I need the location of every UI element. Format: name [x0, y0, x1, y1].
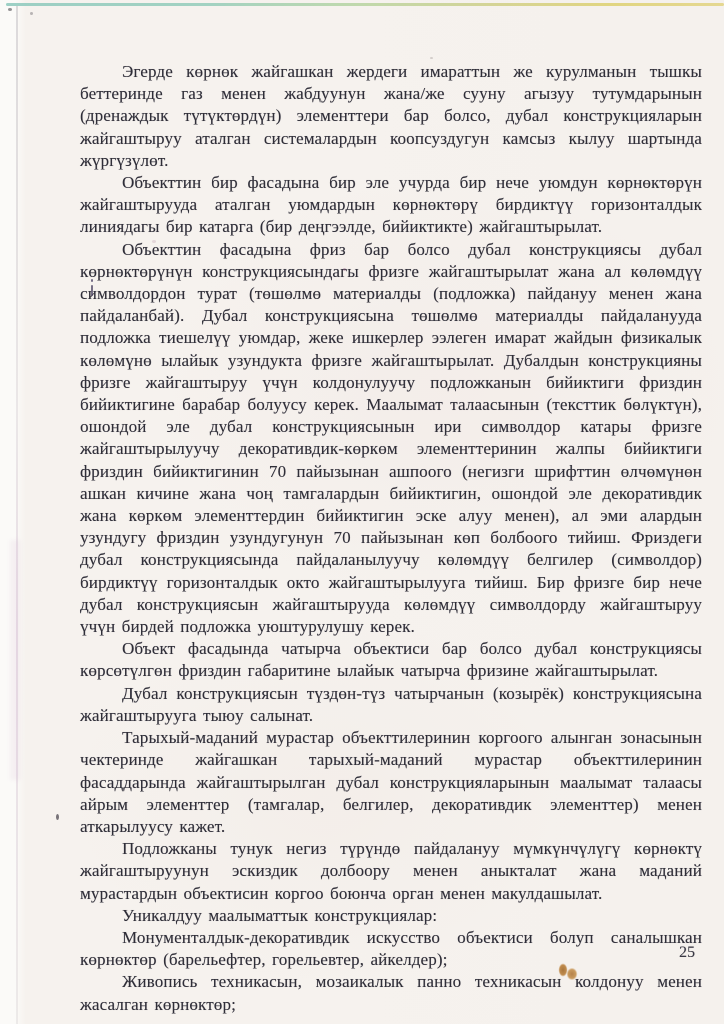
- paragraph-painting-mosaic: Живопись техникасын, мозаикалык панно те…: [80, 971, 702, 1015]
- scan-speck: [430, 57, 433, 59]
- scan-speck: [8, 8, 12, 11]
- scanned-document-page: Эгерде көрнөк жайгашкан жердеги имаратты…: [0, 0, 724, 1024]
- scan-speck: [30, 12, 33, 15]
- scanner-edge-line: [6, 3, 724, 6]
- paragraph-monumental-art: Монументалдык-декоративдик искусство объ…: [80, 927, 702, 971]
- paragraph-awning-frieze: Объект фасадында чатырча объектиси бар б…: [80, 638, 702, 682]
- scan-speck: [152, 240, 156, 243]
- paragraph-single-facade-row: Объекттин бир фасадына бир эле учурда би…: [80, 172, 702, 239]
- scan-smudge: [10, 540, 20, 780]
- scan-speck: [56, 814, 59, 820]
- paragraph-unique-constructions: Уникалдуу маалыматтык конструкциялар:: [80, 905, 702, 927]
- paragraph-frieze-rules: Объекттин фасадына фриз бар болсо дубал …: [80, 239, 702, 639]
- paragraph-gas-water-systems: Эгерде көрнөк жайгашкан жердеги имаратты…: [80, 61, 702, 172]
- paragraph-heritage-objects: Тарыхый-маданий мурастар объекттилеринин…: [80, 727, 702, 838]
- paragraph-awning-prohibition: Дубал конструкциясын түздөн-түз чатырчан…: [80, 683, 702, 727]
- paper-stain: [554, 958, 584, 988]
- scan-speck: [608, 870, 611, 873]
- page-fold-edge: [16, 6, 18, 1024]
- page-number: 25: [679, 944, 695, 962]
- ink-mark: [87, 279, 97, 299]
- scan-speck: [343, 268, 346, 271]
